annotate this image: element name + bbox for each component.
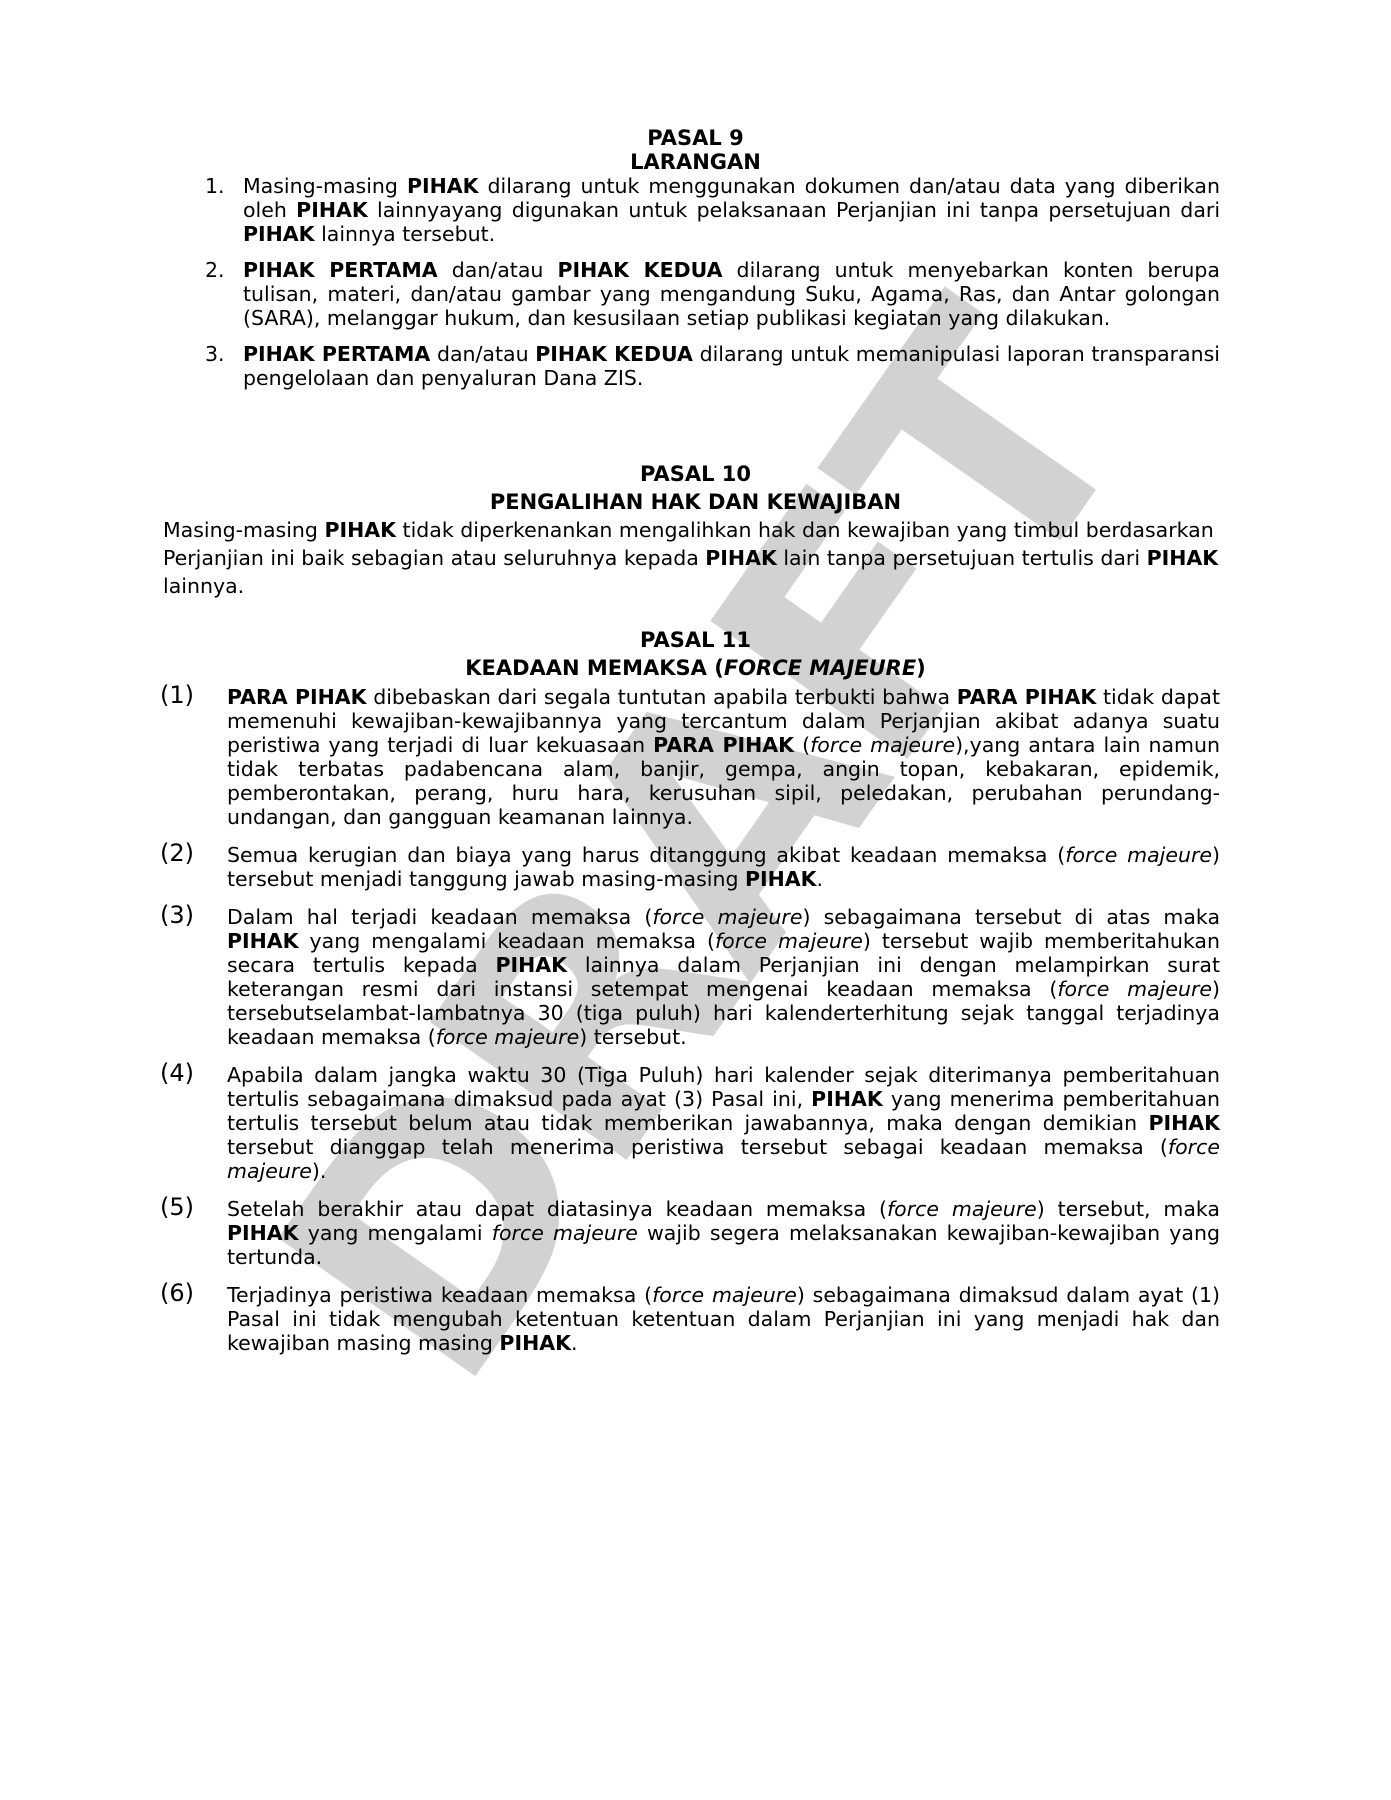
text-run: lainnya tersebut.	[315, 222, 496, 246]
bold-term: PIHAK KEDUA	[557, 258, 722, 282]
pasal-11-list: (1) PARA PIHAK dibebaskan dari segala tu…	[160, 685, 1220, 1355]
pasal-10-title: PENGALIHAN HAK DAN KEWAJIBAN	[0, 490, 1391, 514]
list-item: (1) PARA PIHAK dibebaskan dari segala tu…	[160, 685, 1220, 829]
bold-term: PIHAK	[1147, 546, 1219, 570]
italic-term: force majeure	[1065, 843, 1212, 867]
list-item: 1. Masing-masing PIHAK dilarang untuk me…	[205, 174, 1220, 246]
italic-term: FORCE MAJEURE	[724, 656, 916, 680]
list-item: 3. PIHAK PERTAMA dan/atau PIHAK KEDUA di…	[205, 342, 1220, 390]
list-item: (2) Semua kerugian dan biaya yang harus …	[160, 843, 1220, 891]
item-text: PIHAK PERTAMA dan/atau PIHAK KEDUA dilar…	[243, 342, 1220, 390]
text-run: tersebut dianggap telah menerima peristi…	[227, 1135, 1168, 1159]
text-run: Masing-masing	[243, 174, 407, 198]
bold-term: PIHAK	[243, 222, 315, 246]
bold-term: PIHAK	[324, 518, 396, 542]
bold-term: PIHAK	[745, 867, 817, 891]
item-number: 1.	[205, 174, 225, 198]
italic-term: force majeure	[1057, 977, 1212, 1001]
text-run: yang mengalami keadaan memaksa (	[299, 929, 715, 953]
item-number: (5)	[160, 1195, 194, 1219]
item-text: Dalam hal terjadi keadaan memaksa (force…	[227, 905, 1220, 1049]
text-run: dibebaskan dari segala tuntutan apabila …	[367, 685, 957, 709]
pasal-11-title: KEADAAN MEMAKSA (FORCE MAJEURE)	[0, 656, 1391, 680]
bold-term: PARA PIHAK	[957, 685, 1097, 709]
bold-term: PIHAK	[296, 198, 368, 222]
bold-term: PIHAK	[407, 174, 479, 198]
item-text: Semua kerugian dan biaya yang harus dita…	[227, 843, 1220, 891]
bold-term: PARA PIHAK	[227, 685, 367, 709]
list-item: (5) Setelah berakhir atau dapat diatasin…	[160, 1197, 1220, 1269]
text-run: .	[571, 1331, 578, 1355]
bold-term: PIHAK	[496, 953, 568, 977]
item-number: (6)	[160, 1281, 194, 1305]
text-run: ) tersebut, maka	[1037, 1197, 1220, 1221]
item-text: Masing-masing PIHAK dilarang untuk mengg…	[243, 174, 1220, 246]
pasal-9-title: LARANGAN	[0, 150, 1391, 174]
item-text: PIHAK PERTAMA dan/atau PIHAK KEDUA dilar…	[243, 258, 1220, 330]
bold-term: PIHAK	[499, 1331, 571, 1355]
item-number: 2.	[205, 258, 225, 282]
item-number: (1)	[160, 683, 194, 707]
italic-term: force majeure	[652, 1283, 797, 1307]
text-run: lainnya.	[163, 574, 244, 598]
italic-term: force majeure	[652, 905, 802, 929]
item-text: Setelah berakhir atau dapat diatasinya k…	[227, 1197, 1220, 1269]
paragraph-text: Masing-masing PIHAK tidak diperkenankan …	[163, 518, 1218, 598]
text-run: dan/atau	[430, 342, 535, 366]
item-number: (3)	[160, 903, 194, 927]
text-run: Dalam hal terjadi keadaan memaksa (	[227, 905, 652, 929]
list-item: (4) Apabila dalam jangka waktu 30 (Tiga …	[160, 1063, 1220, 1183]
bold-term: PIHAK	[1148, 1111, 1220, 1135]
bold-term: PIHAK KEDUA	[535, 342, 693, 366]
text-run: Setelah berakhir atau dapat diatasinya k…	[227, 1197, 887, 1221]
pasal-11-title-text: KEADAAN MEMAKSA (FORCE MAJEURE)	[465, 656, 926, 680]
pasal-10-paragraph: Masing-masing PIHAK tidak diperkenankan …	[163, 516, 1243, 600]
item-text: Apabila dalam jangka waktu 30 (Tiga Pulu…	[227, 1063, 1220, 1183]
item-number: (4)	[160, 1061, 194, 1085]
text-run: )	[916, 656, 926, 680]
bold-term: PIHAK PERTAMA	[243, 258, 438, 282]
text-run: (	[794, 733, 810, 757]
list-item: 2. PIHAK PERTAMA dan/atau PIHAK KEDUA di…	[205, 258, 1220, 330]
pasal-10-number: PASAL 10	[0, 462, 1391, 486]
pasal-9-number: PASAL 9	[0, 126, 1391, 150]
text-run: Terjadinya peristiwa keadaan memaksa (	[227, 1283, 652, 1307]
bold-term: PIHAK	[811, 1087, 883, 1111]
bold-term: PARA PIHAK	[653, 733, 794, 757]
bold-term: PIHAK	[705, 546, 777, 570]
list-item: (6) Terjadinya peristiwa keadaan memaksa…	[160, 1283, 1220, 1355]
pasal-9-list: 1. Masing-masing PIHAK dilarang untuk me…	[205, 174, 1220, 390]
text-run: ) tersebut.	[579, 1025, 686, 1049]
bold-term: PIHAK	[227, 1221, 299, 1245]
text-run: KEADAAN MEMAKSA (	[465, 656, 724, 680]
item-text: Terjadinya peristiwa keadaan memaksa (fo…	[227, 1283, 1220, 1355]
text-run: lainnyayang digunakan untuk pelaksanaan …	[368, 198, 1220, 222]
italic-term: force majeure	[492, 1221, 638, 1245]
document-page: DRAFT PASAL 9 LARANGAN 1. Masing-masing …	[0, 0, 1391, 1800]
text-run: ).	[312, 1159, 327, 1183]
pasal-11-number: PASAL 11	[0, 628, 1391, 652]
item-number: 3.	[205, 342, 225, 366]
text-run: yang mengalami	[299, 1221, 492, 1245]
italic-term: force majeure	[715, 929, 863, 953]
italic-term: force majeure	[436, 1025, 579, 1049]
item-text: PARA PIHAK dibebaskan dari segala tuntut…	[227, 685, 1220, 829]
italic-term: force majeure	[810, 733, 955, 757]
item-number: (2)	[160, 841, 194, 865]
text-run: Semua kerugian dan biaya yang harus dita…	[227, 843, 1065, 867]
bold-term: PIHAK	[227, 929, 299, 953]
text-run: lain tanpa persetujuan tertulis dari	[777, 546, 1147, 570]
list-item: (3) Dalam hal terjadi keadaan memaksa (f…	[160, 905, 1220, 1049]
text-run: .	[817, 867, 824, 891]
bold-term: PIHAK PERTAMA	[243, 342, 430, 366]
text-run: Masing-masing	[163, 518, 324, 542]
italic-term: force majeure	[887, 1197, 1037, 1221]
text-run: dan/atau	[438, 258, 558, 282]
text-run: ) sebagaimana tersebut di atas maka	[802, 905, 1220, 929]
